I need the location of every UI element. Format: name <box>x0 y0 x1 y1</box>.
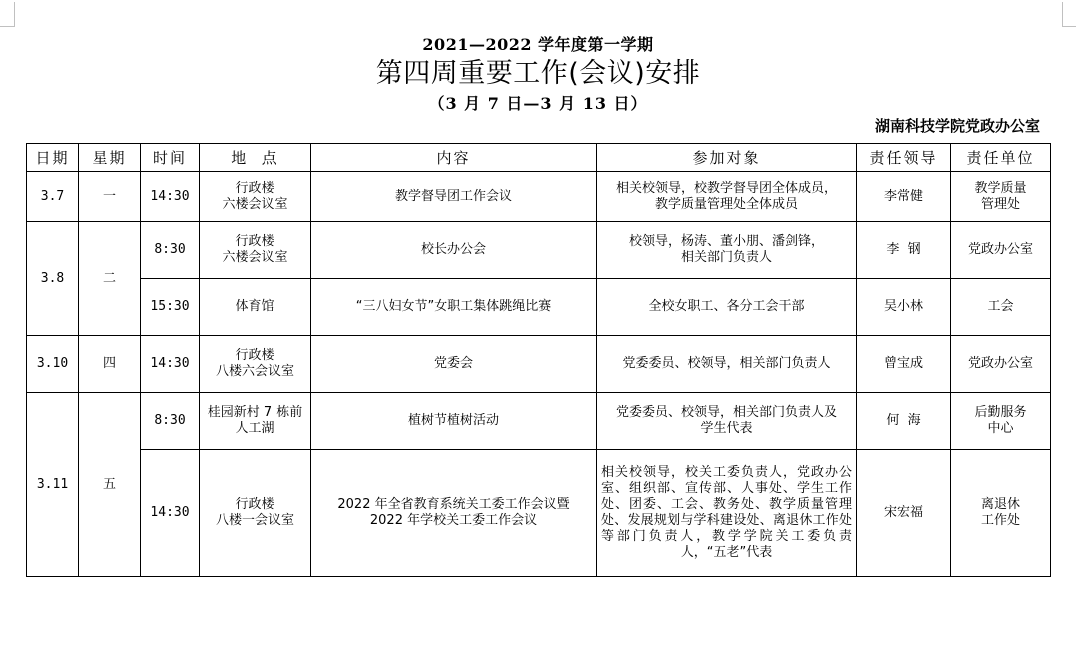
cell-weekday: 五 <box>79 393 141 577</box>
cell-unit: 离退休 工作处 <box>951 450 1051 577</box>
cell-time: 8:30 <box>141 393 200 450</box>
cell-content: 2022 年全省教育系统关工委工作会议暨 2022 年学校关工委工作会议 <box>311 450 597 577</box>
cell-content: 党委会 <box>311 336 597 393</box>
cell-location: 行政楼 八楼六会议室 <box>200 336 311 393</box>
cell-content: 植树节植树活动 <box>311 393 597 450</box>
table-header-row: 日期 星期 时间 地 点 内容 参加对象 责任领导 责任单位 <box>27 144 1051 172</box>
cell-participants: 党委委员、校领导，相关部门负责人及 学生代表 <box>597 393 857 450</box>
cell-leader: 李常健 <box>857 172 951 222</box>
date-range: （3 月 7 日—3 月 13 日） <box>0 91 1076 114</box>
header-participants: 参加对象 <box>597 144 857 172</box>
cell-unit: 党政办公室 <box>951 336 1051 393</box>
cell-time: 14:30 <box>141 450 200 577</box>
table-row: 3.11 五 8:30 桂园新村 7 栋前 人工湖 植树节植树活动 党委委员、校… <box>27 393 1051 450</box>
cell-leader: 吴小林 <box>857 279 951 336</box>
cell-content: 校长办公会 <box>311 222 597 279</box>
cell-leader: 宋宏福 <box>857 450 951 577</box>
table-row: 3.8 二 8:30 行政楼 六楼会议室 校长办公会 校领导，杨涛、董小朋、潘剑… <box>27 222 1051 279</box>
cell-content: 教学督导团工作会议 <box>311 172 597 222</box>
cell-participants: 相关校领导，校教学督导团全体成员， 教学质量管理处全体成员 <box>597 172 857 222</box>
cell-date: 3.11 <box>27 393 79 577</box>
cell-participants: 党委委员、校领导，相关部门负责人 <box>597 336 857 393</box>
cell-leader: 李 钢 <box>857 222 951 279</box>
cell-location: 行政楼 八楼一会议室 <box>200 450 311 577</box>
cell-participants: 全校女职工、各分工会干部 <box>597 279 857 336</box>
cell-location: 行政楼 六楼会议室 <box>200 222 311 279</box>
cell-content: “三八妇女节”女职工集体跳绳比赛 <box>311 279 597 336</box>
cell-location: 桂园新村 7 栋前 人工湖 <box>200 393 311 450</box>
header-weekday: 星期 <box>79 144 141 172</box>
cell-location: 行政楼 六楼会议室 <box>200 172 311 222</box>
cell-participants: 校领导，杨涛、董小朋、潘剑锋， 相关部门负责人 <box>597 222 857 279</box>
cell-leader: 何 海 <box>857 393 951 450</box>
cell-weekday: 一 <box>79 172 141 222</box>
cell-date: 3.7 <box>27 172 79 222</box>
header-unit: 责任单位 <box>951 144 1051 172</box>
header-location: 地 点 <box>200 144 311 172</box>
header-leader: 责任领导 <box>857 144 951 172</box>
cell-time: 8:30 <box>141 222 200 279</box>
table-row: 15:30 体育馆 “三八妇女节”女职工集体跳绳比赛 全校女职工、各分工会干部 … <box>27 279 1051 336</box>
cell-date: 3.10 <box>27 336 79 393</box>
cell-weekday: 四 <box>79 336 141 393</box>
table-row: 3.10 四 14:30 行政楼 八楼六会议室 党委会 党委委员、校领导，相关部… <box>27 336 1051 393</box>
cell-weekday: 二 <box>79 222 141 336</box>
header-date: 日期 <box>27 144 79 172</box>
cell-unit: 后勤服务 中心 <box>951 393 1051 450</box>
cell-unit: 工会 <box>951 279 1051 336</box>
cell-leader: 曾宝成 <box>857 336 951 393</box>
cell-unit: 教学质量 管理处 <box>951 172 1051 222</box>
cell-location: 体育馆 <box>200 279 311 336</box>
header-time: 时间 <box>141 144 200 172</box>
cell-date: 3.8 <box>27 222 79 336</box>
page-corner-mark-right <box>1062 2 1076 27</box>
table-row: 3.7 一 14:30 行政楼 六楼会议室 教学督导团工作会议 相关校领导，校教… <box>27 172 1051 222</box>
page-corner-mark-left <box>0 2 15 27</box>
page-title: 第四周重要工作(会议)安排 <box>0 51 1076 90</box>
cell-time: 14:30 <box>141 172 200 222</box>
schedule-table: 日期 星期 时间 地 点 内容 参加对象 责任领导 责任单位 3.7 一 14:… <box>26 143 1051 577</box>
header-content: 内容 <box>311 144 597 172</box>
table-row: 14:30 行政楼 八楼一会议室 2022 年全省教育系统关工委工作会议暨 20… <box>27 450 1051 577</box>
cell-unit: 党政办公室 <box>951 222 1051 279</box>
cell-time: 14:30 <box>141 336 200 393</box>
issuing-organization: 湖南科技学院党政办公室 <box>875 115 1040 136</box>
cell-time: 15:30 <box>141 279 200 336</box>
cell-participants: 相关校领导，校关工委负责人，党政办公室、组织部、宣传部、人事处、学生工作处、团委… <box>597 450 857 577</box>
